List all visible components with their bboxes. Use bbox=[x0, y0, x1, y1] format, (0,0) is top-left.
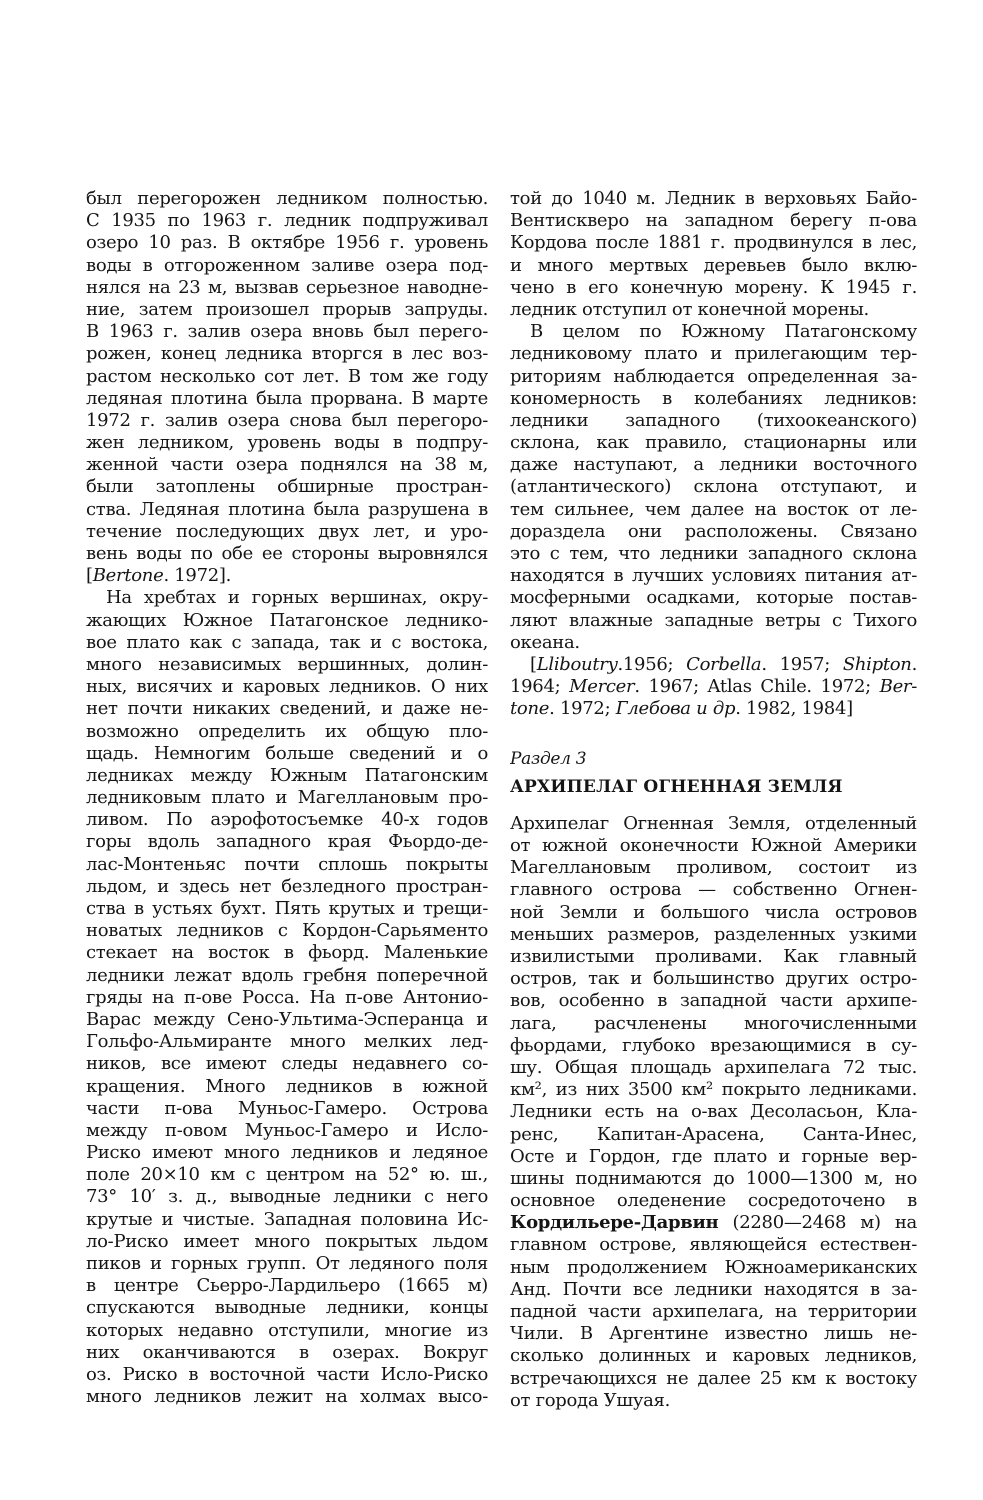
text-line: Анд. Почти все ледники находятся в за- bbox=[510, 1279, 917, 1301]
text-line: ных, висячих и каровых ледников. О них bbox=[86, 676, 488, 698]
text-line: извилистыми проливами. Как главный bbox=[510, 946, 917, 968]
text-line: и много мертвых деревьев было вклю- bbox=[510, 255, 917, 277]
text-line: ледник отступил от конечной морены. bbox=[510, 299, 917, 321]
section-title: АРХИПЕЛАГ ОГНЕННАЯ ЗЕМЛЯ bbox=[510, 776, 917, 798]
page-background: был перегорожен ледником полностью.С 193… bbox=[0, 0, 983, 1500]
text-line: нет почти никаких сведений, и даже не- bbox=[86, 698, 488, 720]
text-line: от города Ушуая. bbox=[510, 1390, 917, 1412]
text-line: жен ледником, уровень воды в подпру- bbox=[86, 432, 488, 454]
text-line: ние, затем произошел прорыв запруды. bbox=[86, 299, 488, 321]
text-line: жающих Южное Патагонское леднико- bbox=[86, 610, 488, 632]
text-line: tone. 1972; Глебова и др. 1982, 1984] bbox=[510, 698, 917, 720]
text-line: растом несколько сот лет. В том же году bbox=[86, 366, 488, 388]
text-line: ледниковому плато и прилегающим тер- bbox=[510, 343, 917, 365]
text-line: Кордова после 1881 г. продвинулся в лес, bbox=[510, 232, 917, 254]
text-line: ливом. По аэрофотосъемке 40-х годов bbox=[86, 809, 488, 831]
text-line: Ледники есть на о-вах Десоласьон, Кла- bbox=[510, 1101, 917, 1123]
text-line: Вентискверо на западном берегу п-ова bbox=[510, 210, 917, 232]
text-line: ства. Ледяная плотина была разрушена в bbox=[86, 499, 488, 521]
text-line: ным продолжением Южноамериканских bbox=[510, 1257, 917, 1279]
text-line: На хребтах и горных вершинах, окру- bbox=[86, 587, 488, 609]
text-line: 1964; Mercer. 1967; Atlas Chile. 1972; B… bbox=[510, 676, 917, 698]
text-line: С 1935 по 1963 г. ледник подпруживал bbox=[86, 210, 488, 232]
text-line: находятся в лучших условиях питания ат- bbox=[510, 565, 917, 587]
text-line: крутые и чистые. Западная половина Ис- bbox=[86, 1209, 488, 1231]
text-line: той до 1040 м. Ледник в верховьях Байо- bbox=[510, 188, 917, 210]
text-line: встречающихся не далее 25 км к востоку bbox=[510, 1368, 917, 1390]
text-line: возможно определить их общую пло- bbox=[86, 721, 488, 743]
text-line: них оканчиваются в озерах. Вокруг bbox=[86, 1342, 488, 1364]
text-line: Кордильере-Дарвин (2280—2468 м) на bbox=[510, 1212, 917, 1234]
text-line: ледниках между Южным Патагонским bbox=[86, 765, 488, 787]
text-line: шины поднимаются до 1000—1300 м, но bbox=[510, 1168, 917, 1190]
text-line: Чили. В Аргентине известно лишь не- bbox=[510, 1323, 917, 1345]
text-line: ной Земли и большого числа островов bbox=[510, 902, 917, 924]
text-line: кращения. Много ледников в южной bbox=[86, 1076, 488, 1098]
text-line: лага, расчленены многочисленными bbox=[510, 1013, 917, 1035]
text-line: мосферными осадками, которые постав- bbox=[510, 587, 917, 609]
text-line: вень воды по обе ее стороны выровнялся bbox=[86, 543, 488, 565]
text-line: тем сильнее, чем далее на восток от ле- bbox=[510, 499, 917, 521]
text-line: ледники западного (тихоокеанского) bbox=[510, 410, 917, 432]
text-line: (атлантического) склона отступают, и bbox=[510, 476, 917, 498]
text-line: горы вдоль западного края Фьордо-де- bbox=[86, 831, 488, 853]
text-line: Архипелаг Огненная Земля, отделенный bbox=[510, 813, 917, 835]
text-line: Магеллановым проливом, состоит из bbox=[510, 857, 917, 879]
text-line: фьордами, глубоко врезающимися в су- bbox=[510, 1035, 917, 1057]
text-line: 1972 г. залив озера снова был перегоро- bbox=[86, 410, 488, 432]
text-line: [Lliboutry.1956; Corbella. 1957; Shipton… bbox=[510, 654, 917, 676]
text-line: между п-овом Муньос-Гамеро и Исло- bbox=[86, 1120, 488, 1142]
text-line: были затоплены обширные простран- bbox=[86, 476, 488, 498]
text-line: женной части озера поднялся на 38 м, bbox=[86, 454, 488, 476]
text-line: спускаются выводные ледники, концы bbox=[86, 1297, 488, 1319]
text-line: вов, особенно в западной части архипе- bbox=[510, 990, 917, 1012]
text-line: льдом, и здесь нет безледного простран- bbox=[86, 876, 488, 898]
text-line: главном острове, являющейся естествен- bbox=[510, 1234, 917, 1256]
text-line: течение последующих двух лет, и уро- bbox=[86, 521, 488, 543]
text-line: новатых ледников с Кордон-Сарьяменто bbox=[86, 920, 488, 942]
text-line: основное оледенение сосредоточено в bbox=[510, 1190, 917, 1212]
text-line: ло-Риско имеет много покрытых льдом bbox=[86, 1231, 488, 1253]
text-line: ства в устьях бухт. Пять крутых и трещи- bbox=[86, 898, 488, 920]
text-line: остров, так и большинство других остро- bbox=[510, 968, 917, 990]
text-line: кономерность в колебаниях ледников: bbox=[510, 388, 917, 410]
text-line: дораздела они расположены. Связано bbox=[510, 521, 917, 543]
text-line: км², из них 3500 км² покрыто ледниками. bbox=[510, 1079, 917, 1101]
text-line: это с тем, что ледники западного склона bbox=[510, 543, 917, 565]
text-line: которых недавно отступили, многие из bbox=[86, 1320, 488, 1342]
text-line: Варас между Сено-Ультима-Эсперанца и bbox=[86, 1009, 488, 1031]
text-line: В 1963 г. залив озера вновь был перего- bbox=[86, 321, 488, 343]
text-line: ледники лежат вдоль гребня поперечной bbox=[86, 965, 488, 987]
text-line: ляют влажные западные ветры с Тихого bbox=[510, 610, 917, 632]
text-line: Гольфо-Альмиранте много мелких лед- bbox=[86, 1031, 488, 1053]
text-line: оз. Риско в восточной части Исло-Риско bbox=[86, 1364, 488, 1386]
text-line: ников, все имеют следы недавнего со- bbox=[86, 1053, 488, 1075]
text-line: пиков и горных групп. От ледяного поля bbox=[86, 1253, 488, 1275]
text-line: риториям наблюдается определенная за- bbox=[510, 366, 917, 388]
text-line: [Bertone. 1972]. bbox=[86, 565, 488, 587]
text-line: склона, как правило, стационарны или bbox=[510, 432, 917, 454]
text-line: Риско имеют много ледников и ледяное bbox=[86, 1142, 488, 1164]
text-line: ренс, Капитан-Арасена, Санта-Инес, bbox=[510, 1124, 917, 1146]
text-line: меньших размеров, разделенных узкими bbox=[510, 924, 917, 946]
text-line: В целом по Южному Патагонскому bbox=[510, 321, 917, 343]
text-line: воды в отгороженном заливе озера под- bbox=[86, 255, 488, 277]
text-line: шу. Общая площадь архипелага 72 тыс. bbox=[510, 1057, 917, 1079]
text-line: поле 20×10 км с центром на 52° ю. ш., bbox=[86, 1164, 488, 1186]
text-line: даже наступают, а ледники восточного bbox=[510, 454, 917, 476]
text-line: чено в его конечную морену. К 1945 г. bbox=[510, 277, 917, 299]
text-line: стекает на восток в фьорд. Маленькие bbox=[86, 942, 488, 964]
text-line: в центре Сьерро-Лардильеро (1665 м) bbox=[86, 1275, 488, 1297]
text-line: нялся на 23 м, вызвав серьезное наводне- bbox=[86, 277, 488, 299]
text-line: щадь. Немногим больше сведений и о bbox=[86, 743, 488, 765]
text-line: от южной оконечности Южной Америки bbox=[510, 835, 917, 857]
text-line: вое плато как с запада, так и с востока, bbox=[86, 632, 488, 654]
text-column-left: был перегорожен ледником полностью.С 193… bbox=[86, 188, 488, 1408]
text-line: озеро 10 раз. В октябре 1956 г. уровень bbox=[86, 232, 488, 254]
text-line: падной части архипелага, на территории bbox=[510, 1301, 917, 1323]
scanned-book-page: { "document": { "language": "ru", "kind"… bbox=[0, 0, 983, 1500]
section-label: Раздел 3 bbox=[510, 748, 917, 770]
text-line: ледяная плотина была прорвана. В марте bbox=[86, 388, 488, 410]
text-line: Осте и Гордон, где плато и горные вер- bbox=[510, 1146, 917, 1168]
text-line: много независимых вершинных, долин- bbox=[86, 654, 488, 676]
text-line: главного острова — собственно Огнен- bbox=[510, 879, 917, 901]
text-line: был перегорожен ледником полностью. bbox=[86, 188, 488, 210]
text-line: гряды на п-ове Росса. На п-ове Антонио- bbox=[86, 987, 488, 1009]
text-line: части п-ова Муньос-Гамеро. Острова bbox=[86, 1098, 488, 1120]
text-line: океана. bbox=[510, 632, 917, 654]
text-line: ледниковым плато и Магеллановым про- bbox=[86, 787, 488, 809]
text-line: сколько долинных и каровых ледников, bbox=[510, 1345, 917, 1367]
text-column-right: той до 1040 м. Ледник в верховьях Байо-В… bbox=[510, 188, 917, 1412]
text-line: много ледников лежит на холмах высо- bbox=[86, 1386, 488, 1408]
text-line: 73° 10′ з. д., выводные ледники с него bbox=[86, 1186, 488, 1208]
text-line: рожен, конец ледника вторгся в лес воз- bbox=[86, 343, 488, 365]
text-line: лас-Монтеньяс почти сплошь покрыты bbox=[86, 854, 488, 876]
